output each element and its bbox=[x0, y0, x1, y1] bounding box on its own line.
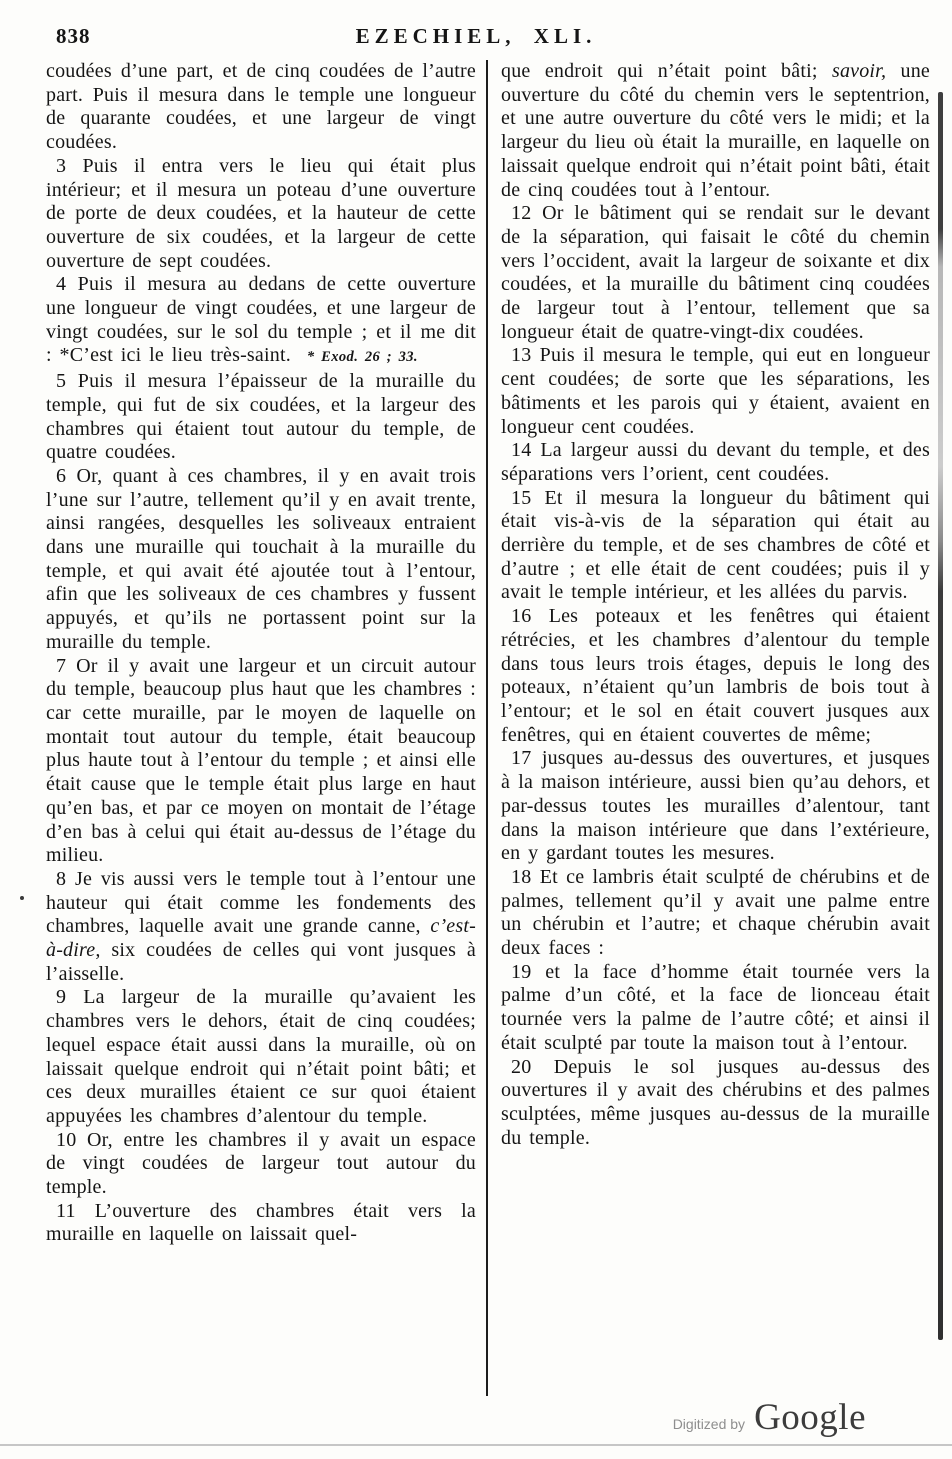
text-segment: coudées d’une part, et de cinq coudées d… bbox=[46, 60, 476, 153]
verse-paragraph: que endroit qui n’était point bâti; savo… bbox=[501, 60, 930, 202]
text-segment: Et il mesura la longueur du bâtiment qui… bbox=[501, 487, 930, 604]
verse-number: 17 bbox=[511, 747, 542, 769]
text-segment: six coudées de celles qui vont jusques à… bbox=[46, 939, 476, 985]
verse-paragraph: 6 Or, quant à ces chambres, il y en avai… bbox=[46, 465, 476, 655]
scan-bottom-line bbox=[0, 1444, 952, 1446]
verse-number: 6 bbox=[56, 465, 76, 487]
footnote-reference: * Exod. 26 ; 33. bbox=[291, 349, 418, 365]
verse-number: 11 bbox=[56, 1200, 95, 1222]
page-header: 838 EZECHIEL, XLI. bbox=[0, 0, 952, 58]
text-segment: Or, quant à ces chambres, il y en avait … bbox=[46, 465, 476, 653]
text-segment: que endroit qui n’était point bâti; bbox=[501, 60, 832, 82]
verse-number: 14 bbox=[511, 439, 540, 461]
verse-number: 3 bbox=[56, 155, 83, 177]
verse-number: 18 bbox=[511, 866, 540, 888]
verse-paragraph: 17 jusques au-dessus des ouvertures, et … bbox=[501, 747, 930, 866]
scanned-page: 838 EZECHIEL, XLI. coudées d’une part, e… bbox=[0, 0, 952, 1459]
verse-paragraph: 3 Puis il entra vers le lieu qui était p… bbox=[46, 155, 476, 274]
scan-edge-shadow bbox=[938, 92, 943, 1340]
verse-number: 12 bbox=[511, 202, 542, 224]
page-number: 838 bbox=[56, 24, 91, 49]
left-column: coudées d’une part, et de cinq coudées d… bbox=[46, 60, 488, 1396]
google-logo: Google bbox=[754, 1396, 866, 1439]
verse-number: 8 bbox=[56, 868, 75, 890]
verse-number: 19 bbox=[511, 961, 545, 983]
verse-number: 20 bbox=[511, 1056, 554, 1078]
text-segment: Et ce lambris était sculpté de chérubins… bbox=[501, 866, 930, 959]
text-segment: Puis il mesura le temple, qui eut en lon… bbox=[501, 344, 930, 437]
verse-number: 15 bbox=[511, 487, 544, 509]
verse-number: 5 bbox=[56, 370, 78, 392]
verse-number: 4 bbox=[56, 273, 78, 295]
text-segment: Les poteaux et les fenêtres qui étaient … bbox=[501, 605, 930, 746]
right-column: que endroit qui n’était point bâti; savo… bbox=[488, 60, 930, 1396]
verse-paragraph: 10 Or, entre les chambres il y avait un … bbox=[46, 1129, 476, 1200]
text-segment: Or le bâtiment qui se rendait sur le dev… bbox=[501, 202, 930, 343]
verse-paragraph: 12 Or le bâtiment qui se rendait sur le … bbox=[501, 202, 930, 344]
two-column-text-block: coudées d’une part, et de cinq coudées d… bbox=[46, 60, 930, 1396]
verse-number: 9 bbox=[56, 986, 83, 1008]
verse-paragraph: 19 et la face d’homme était tournée vers… bbox=[501, 961, 930, 1056]
verse-paragraph: coudées d’une part, et de cinq coudées d… bbox=[46, 60, 476, 155]
verse-paragraph: 8 Je vis aussi vers le temple tout à l’e… bbox=[46, 868, 476, 987]
verse-paragraph: 14 La largeur aussi du devant du temple,… bbox=[501, 439, 930, 486]
text-segment: La largeur de la muraille qu’avaient les… bbox=[46, 986, 476, 1127]
google-watermark: Digitized by Google bbox=[673, 1396, 866, 1439]
page-title: EZECHIEL, XLI. bbox=[0, 0, 952, 49]
verse-number: 10 bbox=[56, 1129, 87, 1151]
text-segment: Or il y avait une largeur et un circuit … bbox=[46, 655, 476, 867]
text-segment: Puis il entra vers le lieu qui était plu… bbox=[46, 155, 476, 272]
digitized-by-label: Digitized by bbox=[673, 1416, 745, 1432]
text-segment: Je vis aussi vers le temple tout à l’ent… bbox=[46, 868, 476, 937]
verse-paragraph: 9 La largeur de la muraille qu’avaient l… bbox=[46, 986, 476, 1128]
ink-speck bbox=[20, 896, 24, 900]
text-segment: et la face d’homme était tournée vers la… bbox=[501, 961, 930, 1054]
verse-paragraph: 15 Et il mesura la longueur du bâtiment … bbox=[501, 487, 930, 606]
verse-paragraph: 16 Les poteaux et les fenêtres qui étaie… bbox=[501, 605, 930, 747]
text-segment: Puis il mesura l’épaisseur de la muraill… bbox=[46, 370, 476, 463]
verse-number: 7 bbox=[56, 655, 76, 677]
verse-paragraph: 5 Puis il mesura l’épaisseur de la murai… bbox=[46, 370, 476, 465]
verse-paragraph: 7 Or il y avait une largeur et un circui… bbox=[46, 655, 476, 868]
verse-paragraph: 20 Depuis le sol jusques au-dessus des o… bbox=[501, 1056, 930, 1151]
text-segment: jusques au-dessus des ouvertures, et jus… bbox=[501, 747, 930, 864]
verse-number: 13 bbox=[511, 344, 540, 366]
text-segment: savoir, bbox=[832, 60, 886, 82]
text-segment: L’ouverture des chambres était vers la m… bbox=[46, 1200, 476, 1246]
verse-paragraph: 11 L’ouverture des chambres était vers l… bbox=[46, 1200, 476, 1247]
verse-number: 16 bbox=[511, 605, 549, 627]
text-segment: La largeur aussi du devant du temple, et… bbox=[501, 439, 930, 485]
text-segment: Depuis le sol jusques au-dessus des ouve… bbox=[501, 1056, 930, 1149]
verse-paragraph: 13 Puis il mesura le temple, qui eut en … bbox=[501, 344, 930, 439]
text-segment: Or, entre les chambres il y avait un esp… bbox=[46, 1129, 476, 1198]
verse-paragraph: 18 Et ce lambris était sculpté de chérub… bbox=[501, 866, 930, 961]
verse-paragraph: 4 Puis il mesura au dedans de cette ouve… bbox=[46, 273, 476, 370]
